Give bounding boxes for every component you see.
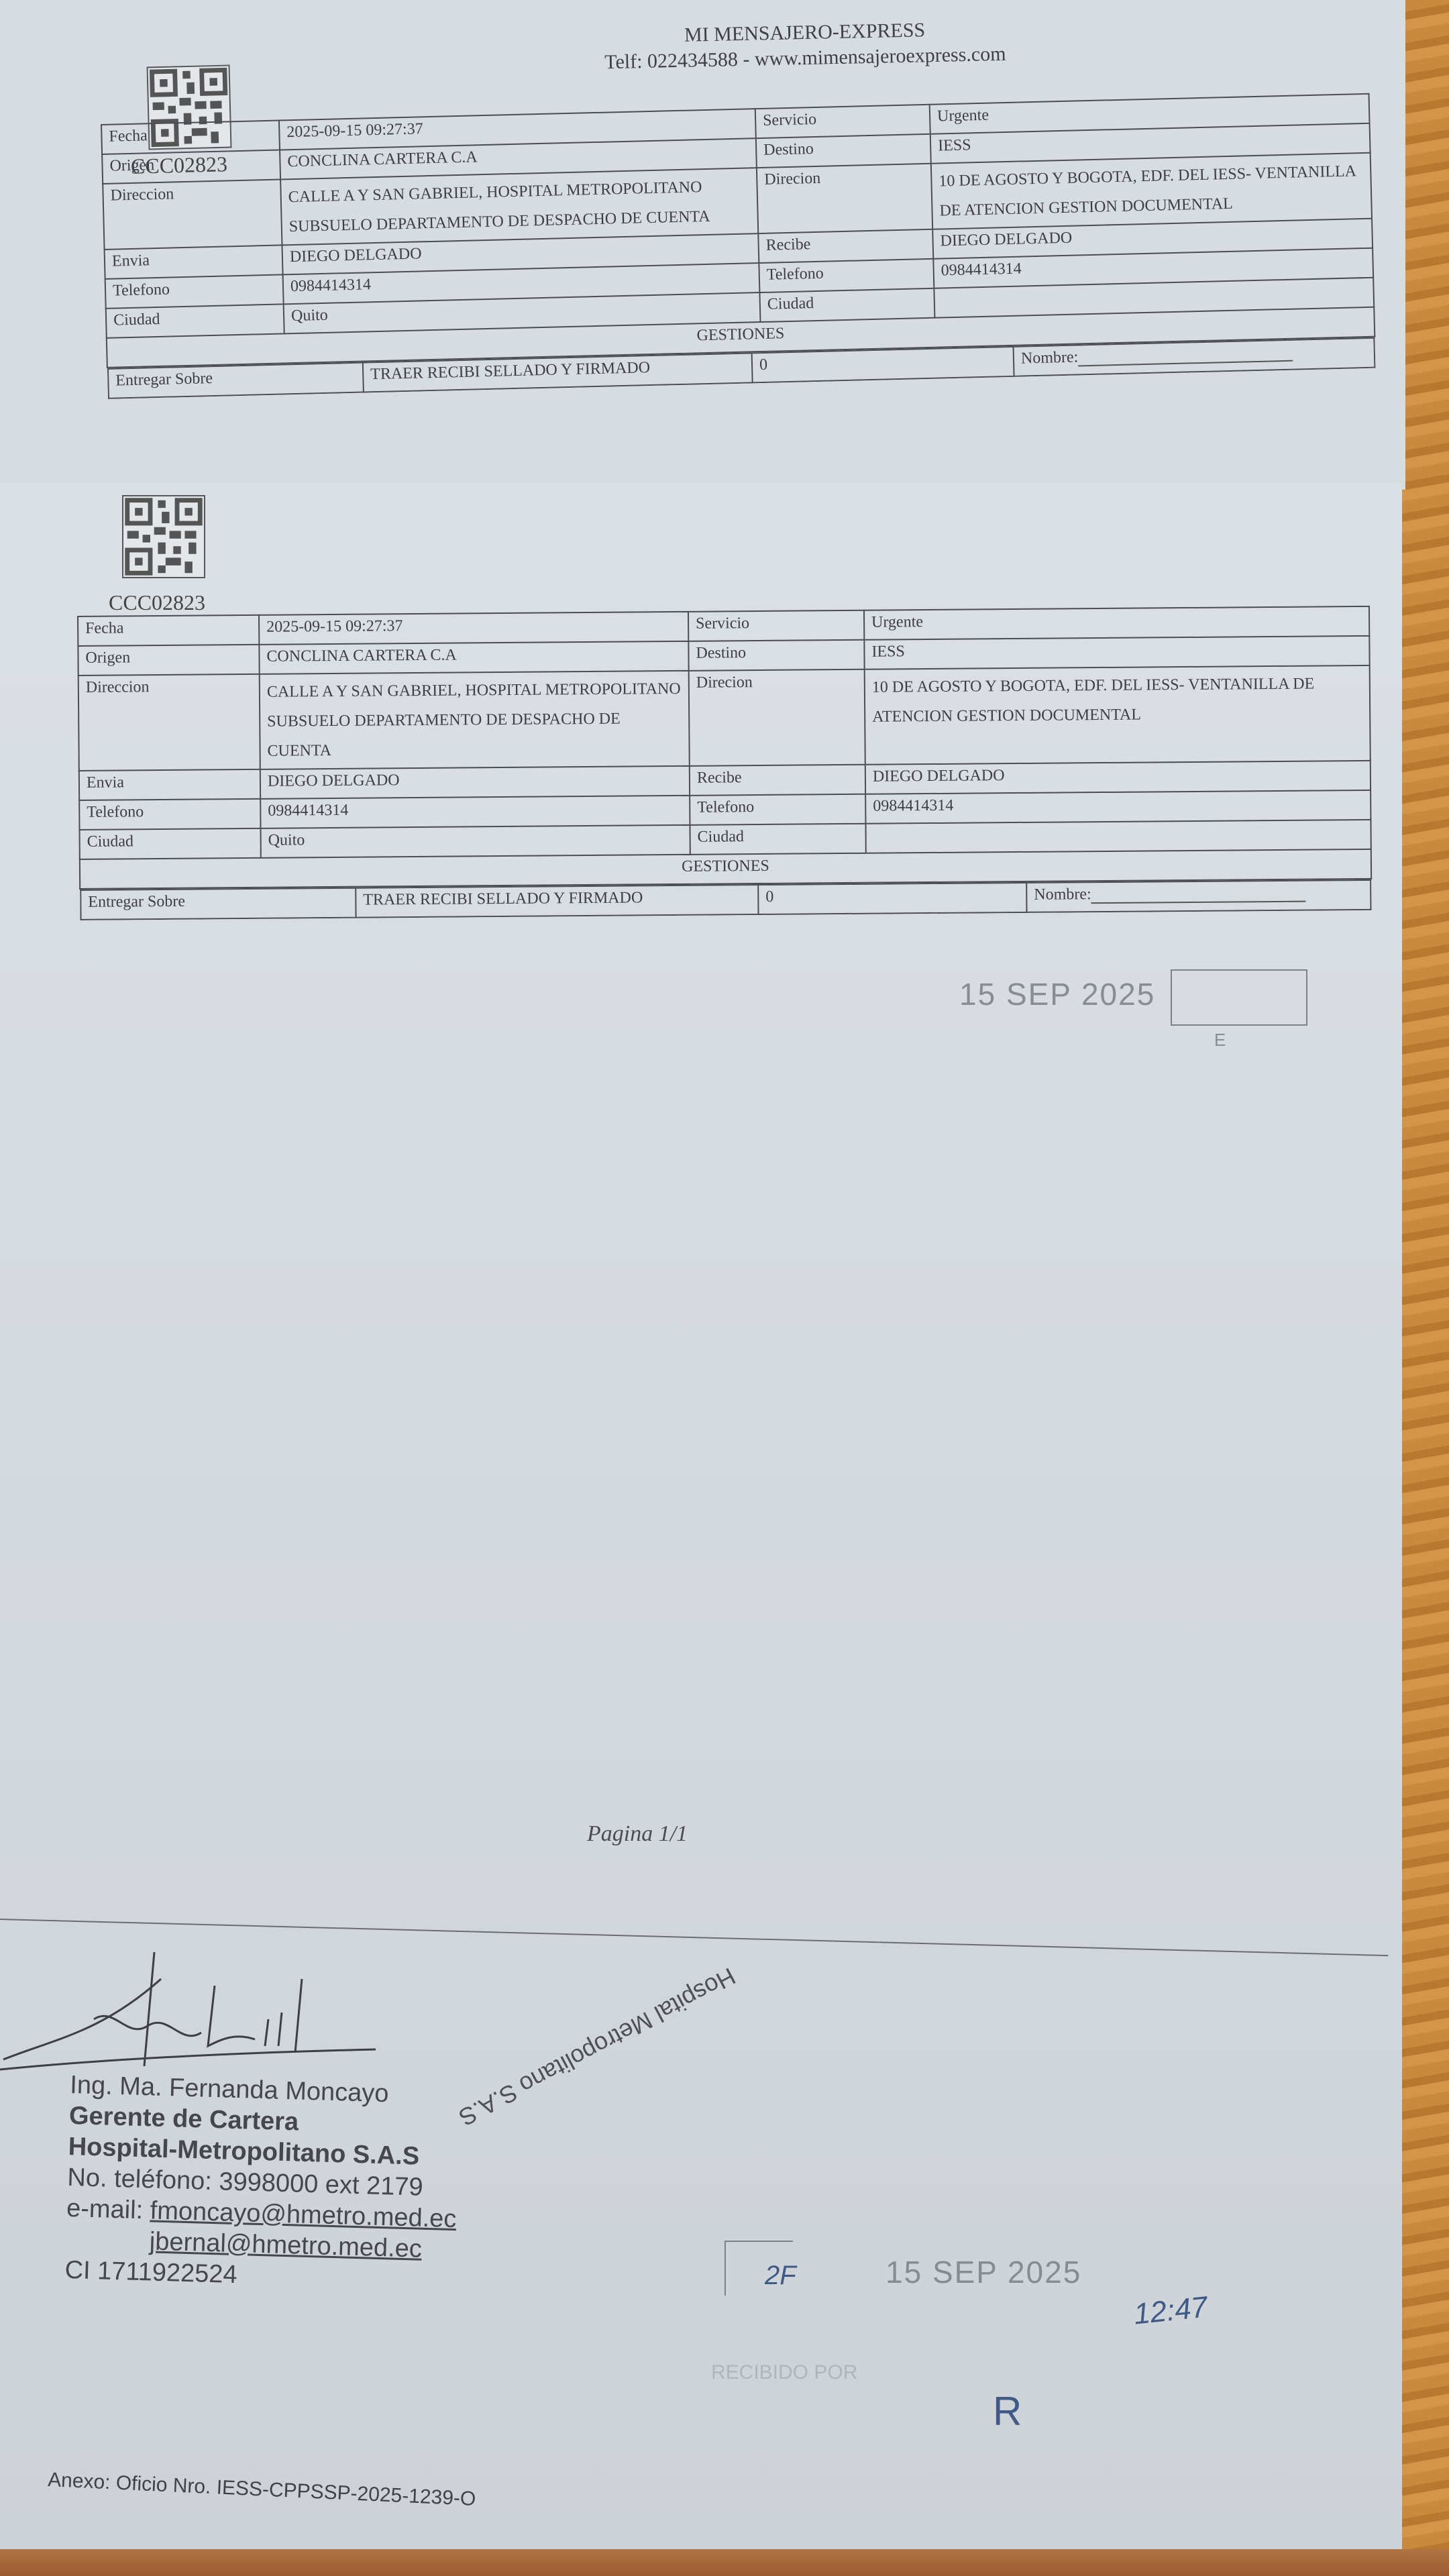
- courier-header: MI MENSAJERO-EXPRESS Telf: 022434588 - w…: [509, 14, 1100, 77]
- field-value: Urgente: [864, 606, 1369, 640]
- nombre-field: Nombre:: [1026, 880, 1371, 912]
- nombre-label: Nombre:: [1021, 349, 1079, 368]
- field-label: Envia: [105, 245, 283, 278]
- nombre-blank-line: [1091, 901, 1306, 904]
- qr-code-icon: [122, 495, 205, 578]
- received-date-stamp: 15 SEP 2025: [959, 976, 1155, 1012]
- table-row: Direccion CALLE A Y SAN GABRIEL, HOSPITA…: [78, 665, 1371, 771]
- field-label: Destino: [756, 134, 931, 168]
- field-value: 0984414314: [260, 796, 690, 828]
- email-label: e-mail:: [66, 2194, 144, 2224]
- gestion-quantity: 0: [752, 347, 1014, 383]
- field-label: Direcion: [689, 669, 865, 766]
- field-label: Destino: [688, 640, 864, 671]
- nombre-field: Nombre:: [1014, 338, 1375, 376]
- gestion-quantity: 0: [758, 883, 1026, 914]
- gestion-type: Entregar Sobre: [80, 888, 356, 920]
- field-label: Direccion: [78, 674, 260, 771]
- field-value: CONCLINA CARTERA C.A: [259, 641, 688, 674]
- field-label: Servicio: [688, 610, 864, 641]
- handwritten-signature: [0, 1939, 429, 2080]
- field-label: Ciudad: [690, 824, 865, 855]
- handwritten-initial: R: [993, 2388, 1022, 2434]
- wooden-surface: [1402, 0, 1449, 2576]
- field-value: CALLE A Y SAN GABRIEL, HOSPITAL METROPOL…: [260, 671, 690, 769]
- field-label: Telefono: [759, 259, 934, 292]
- received-by-label: RECIBIDO POR: [711, 2361, 857, 2384]
- field-label: Origen: [78, 645, 259, 676]
- tracking-code: CCC02823: [109, 590, 205, 615]
- field-label: Fecha: [78, 615, 259, 646]
- field-value: 10 DE AGOSTO Y BOGOTA, EDF. DEL IESS- VE…: [865, 665, 1371, 765]
- signature-block: Ing. Ma. Fernanda Moncayo Gerente de Car…: [64, 2070, 460, 2296]
- field-label: Telefono: [105, 274, 284, 308]
- field-label: Ciudad: [106, 304, 284, 337]
- field-label: Fecha: [101, 121, 280, 154]
- nombre-label: Nombre:: [1034, 885, 1091, 904]
- field-label: Ciudad: [80, 828, 261, 859]
- field-value: IESS: [864, 636, 1369, 669]
- gestion-detail: TRAER RECIBI SELLADO Y FIRMADO: [356, 885, 758, 918]
- nombre-blank-line: [1079, 360, 1293, 367]
- field-label: Servicio: [755, 105, 930, 138]
- field-label: Direcion: [757, 164, 932, 233]
- field-value: Quito: [260, 825, 690, 858]
- field-value: [865, 820, 1371, 853]
- back-sheet: MI MENSAJERO-EXPRESS Telf: 022434588 - w…: [0, 0, 1405, 490]
- field-value: 10 DE AGOSTO Y BOGOTA, EDF. DEL IESS- VE…: [931, 153, 1372, 229]
- field-label: Envia: [79, 769, 260, 800]
- handwritten-floor: 2F: [765, 2261, 796, 2291]
- field-label: Recibe: [690, 765, 865, 796]
- field-value: 0984414314: [865, 790, 1371, 824]
- delivery-slip-table: Fecha 2025-09-15 09:27:37 Servicio Urgen…: [77, 606, 1373, 920]
- received-date-stamp: 15 SEP 2025: [885, 2254, 1081, 2290]
- field-label: Telefono: [79, 799, 260, 830]
- gestion-type: Entregar Sobre: [108, 363, 364, 398]
- field-value: CALLE A Y SAN GABRIEL, HOSPITAL METROPOL…: [280, 168, 758, 245]
- field-value: DIEGO DELGADO: [260, 766, 690, 799]
- wooden-surface-bottom: [0, 2549, 1449, 2576]
- field-label: Origen: [102, 150, 280, 183]
- field-value: DIEGO DELGADO: [865, 761, 1371, 794]
- stamp-mark: E: [1214, 1030, 1226, 1051]
- field-label: Recibe: [758, 229, 933, 263]
- field-label: Telefono: [690, 794, 865, 825]
- field-label: Direccion: [103, 179, 282, 249]
- page-indicator: Pagina 1/1: [587, 1821, 688, 1847]
- delivery-slip-table: Fecha 2025-09-15 09:27:37 Servicio Urgen…: [101, 93, 1376, 399]
- field-label: Ciudad: [759, 288, 934, 322]
- field-value: 2025-09-15 09:27:37: [259, 612, 688, 645]
- stamp-box: [1171, 969, 1307, 1026]
